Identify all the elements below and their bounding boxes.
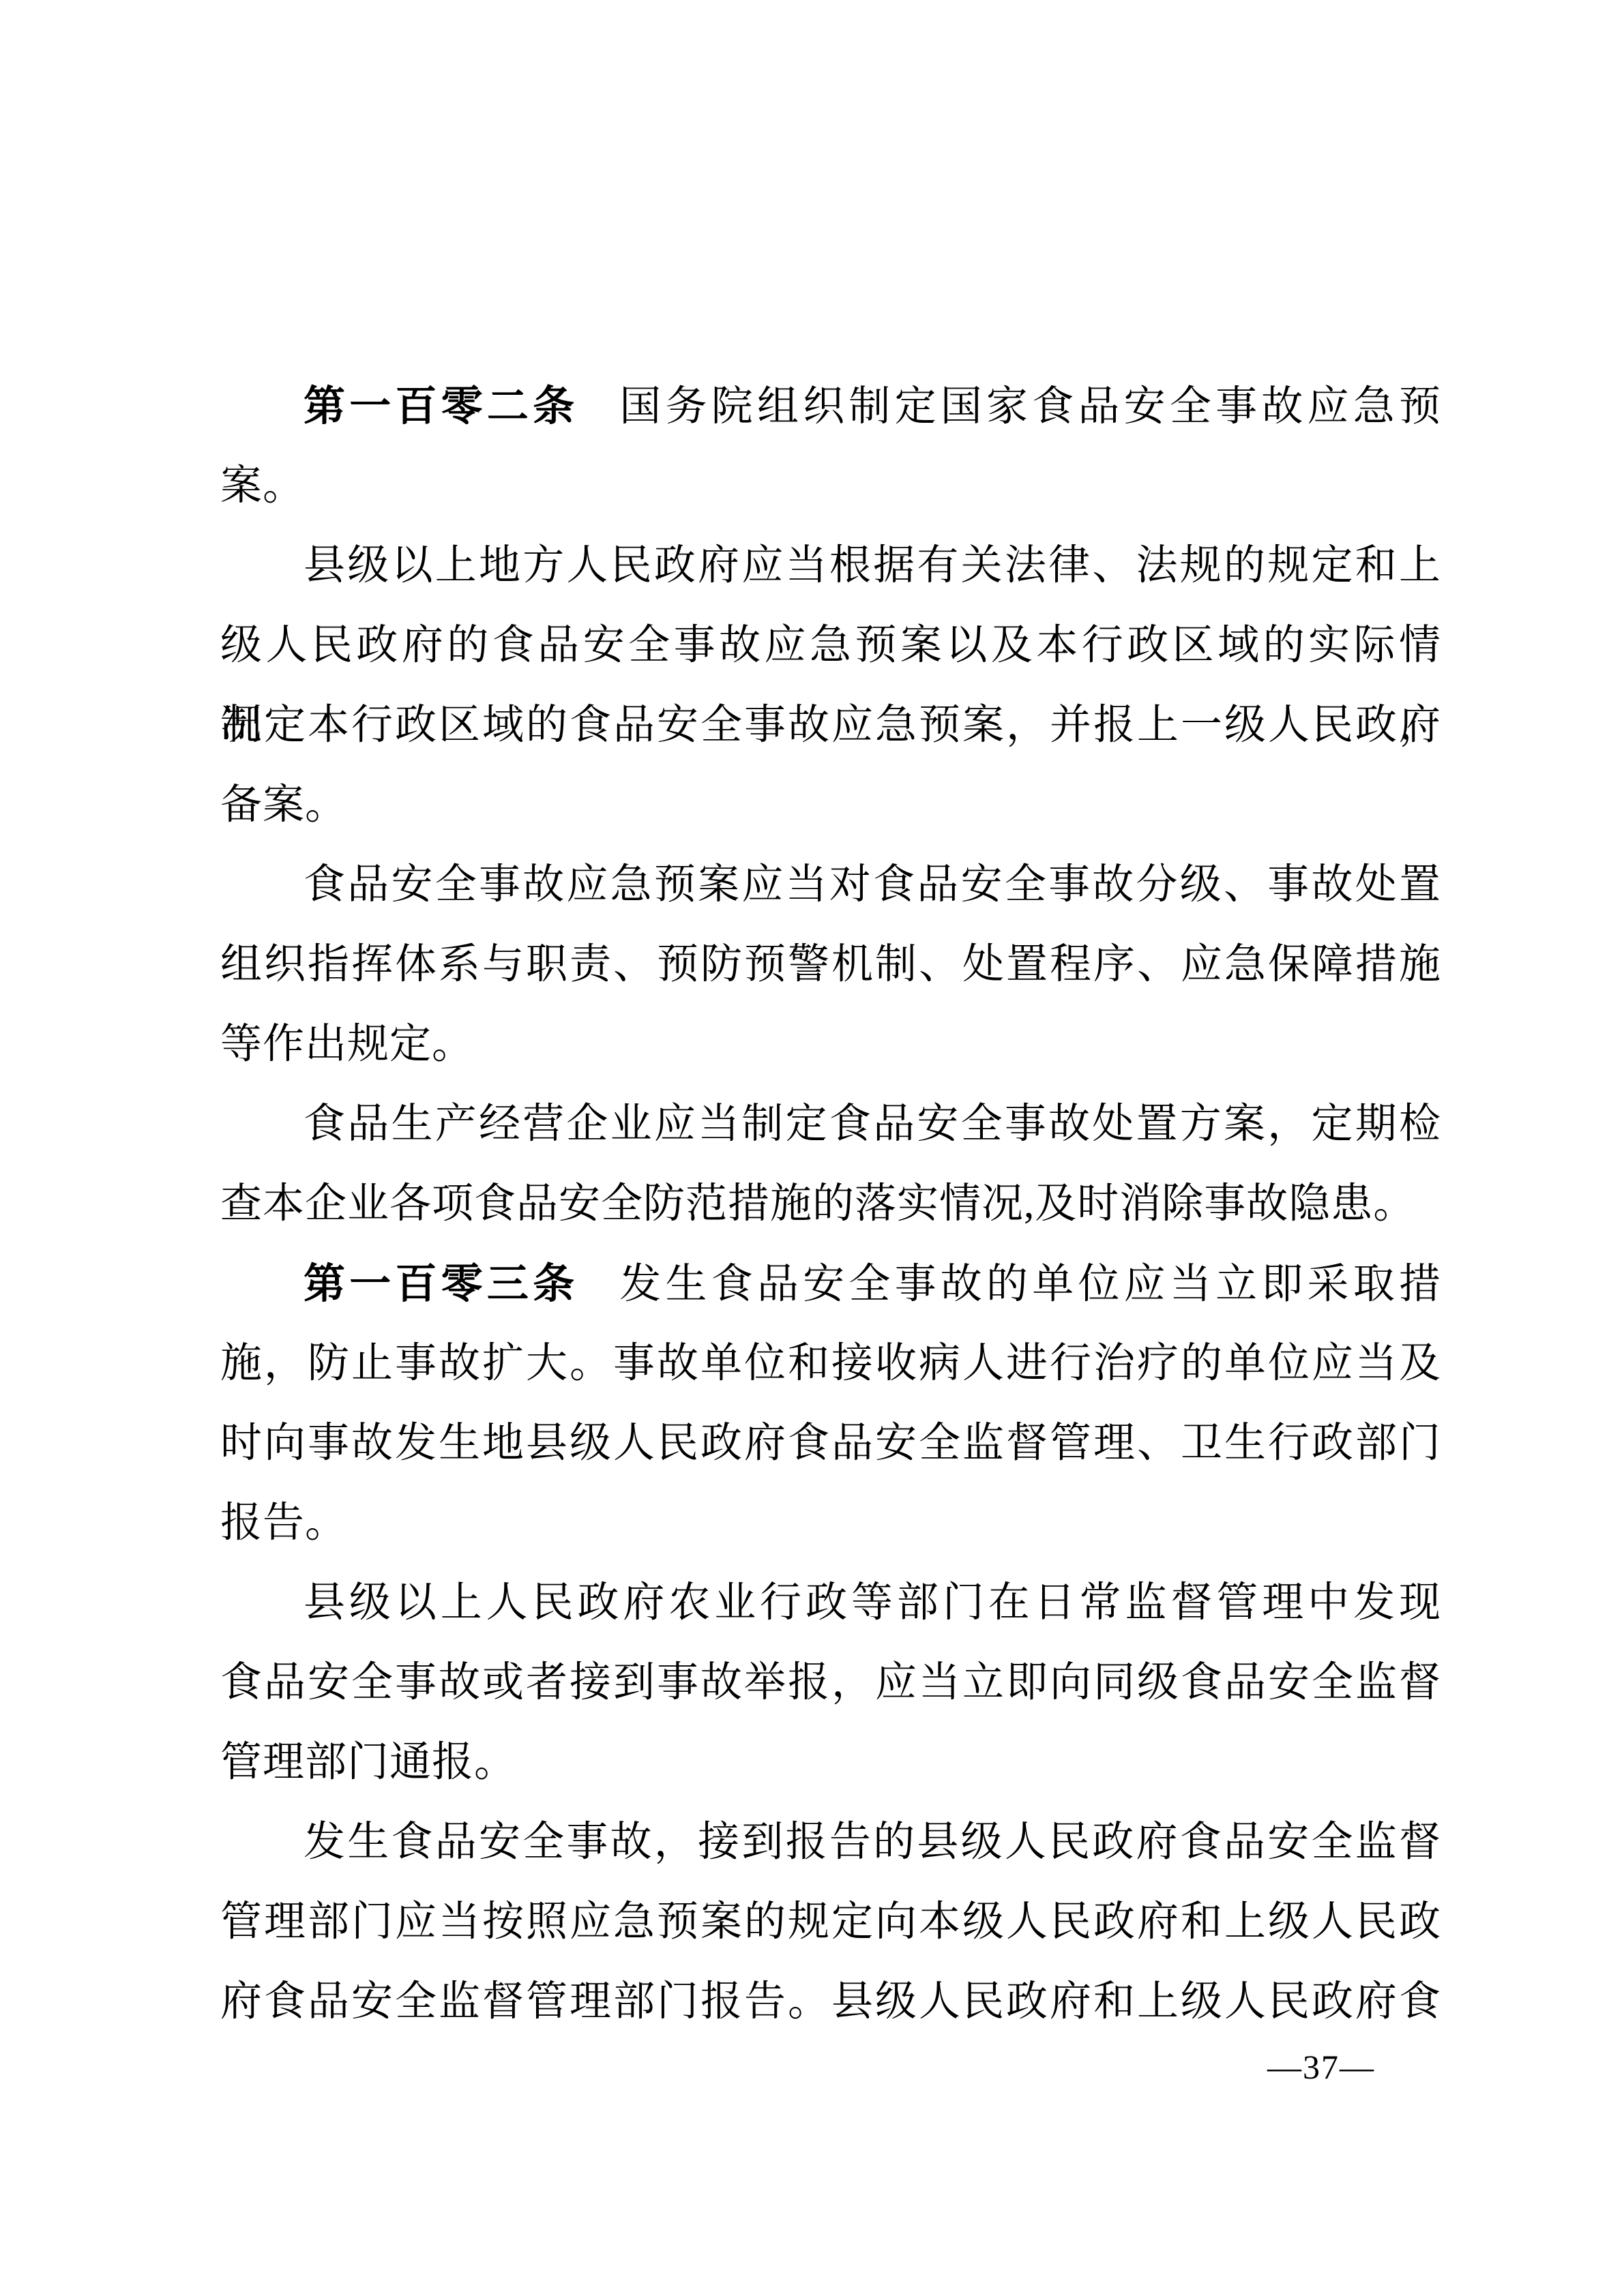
- text-line: 食品生产经营企业应当制定食品安全事故处置方案，定期检: [220, 1084, 1441, 1164]
- line-text: 发生食品安全事故的单位应当立即采取措: [619, 1262, 1441, 1307]
- text-line: 食品安全事故应急预案应当对食品安全事故分级、事故处置: [220, 845, 1441, 925]
- text-line: 施，防止事故扩大。事故单位和接收病人进行治疗的单位应当及: [220, 1324, 1441, 1403]
- text-line: 县级以上人民政府农业行政等部门在日常监督管理中发现: [220, 1563, 1441, 1643]
- line-text: 县级以上地方人民政府应当根据有关法律、法规的规定和上: [304, 543, 1441, 588]
- text-line: 组织指挥体系与职责、预防预警机制、处置程序、应急保障措施: [220, 925, 1441, 1004]
- line-text: 组织指挥体系与职责、预防预警机制、处置程序、应急保障措施: [220, 942, 1441, 987]
- line-text: 县级以上人民政府农业行政等部门在日常监督管理中发现: [304, 1580, 1441, 1626]
- text-line: 县级以上地方人民政府应当根据有关法律、法规的规定和上: [220, 526, 1441, 606]
- line-text: 管理部门通报。: [220, 1740, 516, 1785]
- line-text: 食品安全事故应急预案应当对食品安全事故分级、事故处置: [304, 862, 1441, 908]
- line-text: 国务院组织制定国家食品安全事故应急预: [619, 384, 1441, 430]
- line-text: 管理部门应当按照应急预案的规定向本级人民政府和上级人民政: [220, 1899, 1441, 1945]
- text-line: 时向事故发生地县级人民政府食品安全监督管理、卫生行政部门: [220, 1403, 1441, 1483]
- line-text: 食品安全事故或者接到事故举报，应当立即向同级食品安全监督: [220, 1660, 1441, 1705]
- text-line: 管理部门应当按照应急预案的规定向本级人民政府和上级人民政: [220, 1882, 1441, 1962]
- page-number: —37—: [1267, 2046, 1375, 2088]
- line-text: 备案。: [220, 782, 347, 828]
- text-line: 府食品安全监督管理部门报告。县级人民政府和上级人民政府食: [220, 1962, 1441, 2042]
- article-number: 第一百零二条: [304, 383, 578, 429]
- document-page: 第一百零二条国务院组织制定国家食品安全事故应急预 案。 县级以上地方人民政府应当…: [0, 0, 1624, 2296]
- text-line: 第一百零二条国务院组织制定国家食品安全事故应急预: [220, 366, 1441, 446]
- line-text: 时向事故发生地县级人民政府食品安全监督管理、卫生行政部门: [220, 1420, 1441, 1466]
- text-line: 等作出规定。: [220, 1004, 1441, 1084]
- line-text: 发生食品安全事故，接到报告的县级人民政府食品安全监督: [304, 1819, 1441, 1865]
- article-number: 第一百零三条: [304, 1260, 578, 1307]
- text-line: 管理部门通报。: [220, 1723, 1441, 1802]
- text-line: 级人民政府的食品安全事故应急预案以及本行政区域的实际情况，: [220, 606, 1441, 685]
- line-text: 食品生产经营企业应当制定食品安全事故处置方案，定期检: [304, 1101, 1441, 1147]
- line-text: 查本企业各项食品安全防范措施的落实情况,及时消除事故隐患。: [220, 1181, 1415, 1227]
- text-line: 发生食品安全事故，接到报告的县级人民政府食品安全监督: [220, 1802, 1441, 1882]
- text-line: 制定本行政区域的食品安全事故应急预案，并报上一级人民政府: [220, 685, 1441, 765]
- line-text: 制定本行政区域的食品安全事故应急预案，并报上一级人民政府: [220, 702, 1441, 748]
- line-text: 施，防止事故扩大。事故单位和接收病人进行治疗的单位应当及: [220, 1341, 1441, 1386]
- text-line: 食品安全事故或者接到事故举报，应当立即向同级食品安全监督: [220, 1643, 1441, 1723]
- text-line: 查本企业各项食品安全防范措施的落实情况,及时消除事故隐患。: [220, 1164, 1441, 1244]
- line-text: 案。: [220, 463, 305, 509]
- text-line: 报告。: [220, 1483, 1441, 1563]
- text-block: 第一百零二条国务院组织制定国家食品安全事故应急预 案。 县级以上地方人民政府应当…: [220, 366, 1441, 2042]
- line-text: 报告。: [220, 1500, 347, 1546]
- line-text: 等作出规定。: [220, 1022, 474, 1067]
- line-text: 府食品安全监督管理部门报告。县级人民政府和上级人民政府食: [220, 1979, 1441, 2025]
- text-line: 第一百零三条发生食品安全事故的单位应当立即采取措: [220, 1244, 1441, 1324]
- text-line: 案。: [220, 446, 1441, 526]
- text-line: 备案。: [220, 765, 1441, 845]
